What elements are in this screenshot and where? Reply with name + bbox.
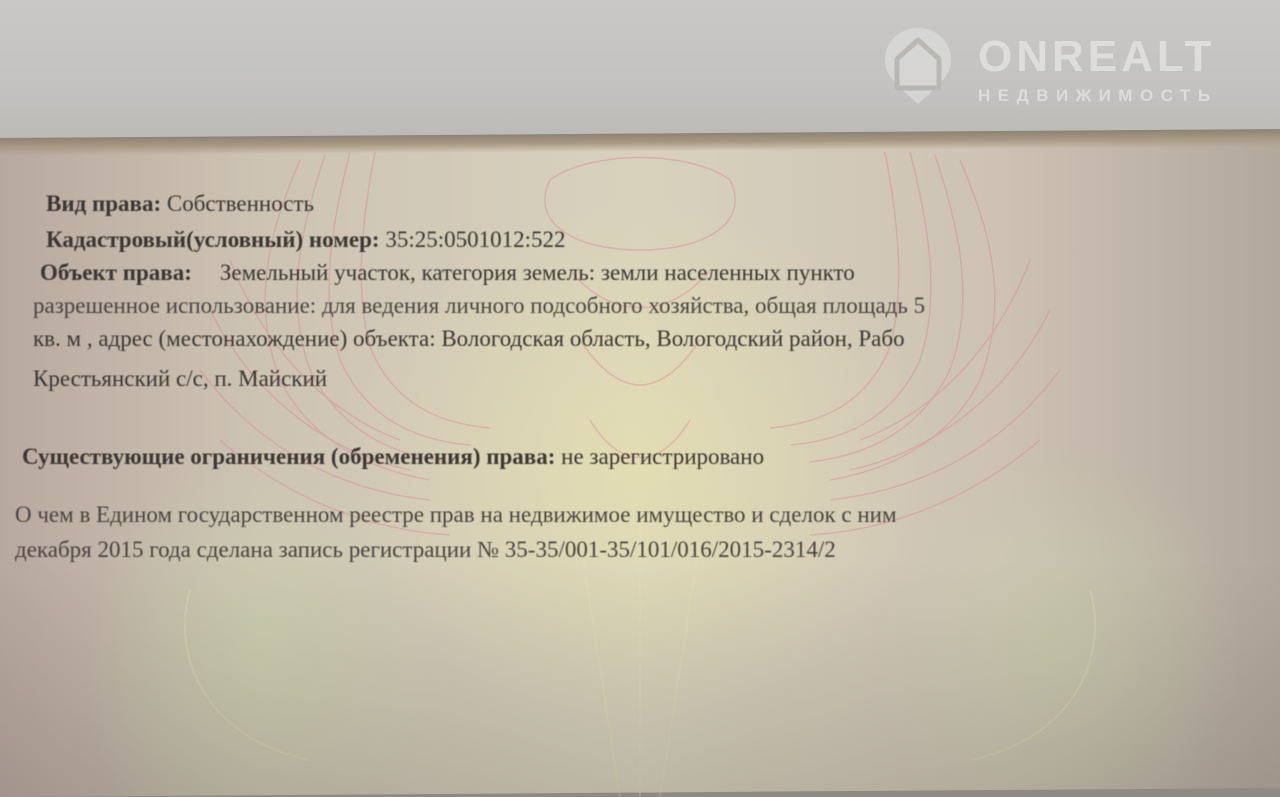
cadastral-number-value: 35:25:0501012:522 bbox=[385, 227, 565, 252]
object-label: Объект права: bbox=[40, 260, 192, 285]
logo-name: ONREALT bbox=[978, 32, 1215, 82]
object-line: Земельный участок, категория земель: зем… bbox=[220, 260, 855, 285]
encumbrances-value: не зарегистрировано bbox=[561, 444, 764, 469]
object-row: Объект права:Земельный участок, категори… bbox=[40, 259, 855, 287]
cadastral-number-row: Кадастровый(условный) номер: 35:25:05010… bbox=[46, 226, 566, 254]
cadastral-number-label: Кадастровый(условный) номер: bbox=[46, 227, 380, 252]
right-type-value: Собственность bbox=[167, 191, 314, 216]
object-line: Крестьянский с/с, п. Майский bbox=[33, 365, 327, 393]
right-type-row: Вид права: Собственность bbox=[46, 190, 314, 218]
encumbrances-label: Существующие ограничения (обременения) п… bbox=[22, 444, 555, 469]
registry-note-line: декабря 2015 года сделана запись регистр… bbox=[15, 536, 836, 564]
object-line: кв. м , адрес (местонахождение) объекта:… bbox=[33, 325, 905, 353]
logo-subtitle: НЕДВИЖИМОСТЬ bbox=[978, 86, 1218, 106]
right-type-label: Вид права: bbox=[46, 191, 161, 216]
shadow-overlay bbox=[0, 560, 1280, 797]
registry-note-line: О чем в Едином государственном реестре п… bbox=[15, 501, 897, 529]
encumbrances-row: Существующие ограничения (обременения) п… bbox=[22, 443, 764, 471]
onrealt-watermark-logo: ONREALT НЕДВИЖИМОСТЬ bbox=[883, 26, 1253, 106]
house-pin-icon bbox=[883, 26, 953, 106]
object-line: разрешенное использование: для ведения л… bbox=[33, 292, 925, 320]
